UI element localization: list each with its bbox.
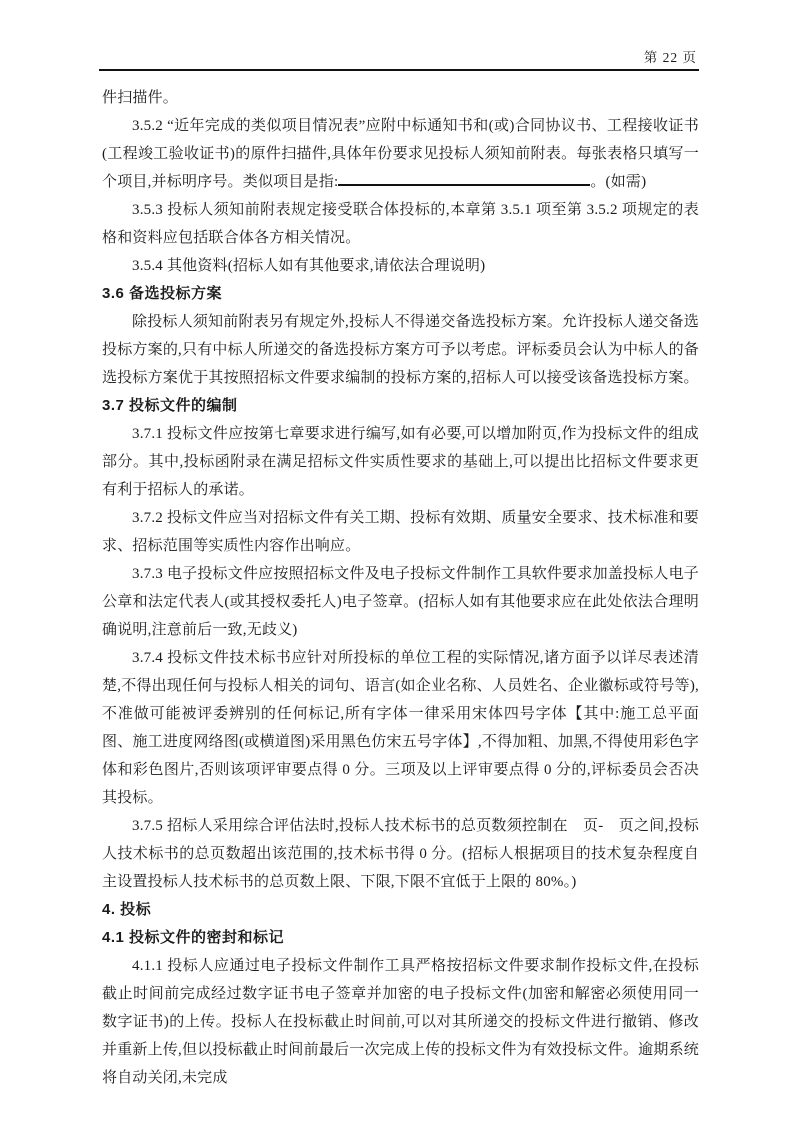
document-body: 件扫描件。 3.5.2 “近年完成的类似项目情况表”应附中标通知书和(或)合同协…: [102, 84, 699, 1092]
document-page: 第 22 页 件扫描件。 3.5.2 “近年完成的类似项目情况表”应附中标通知书…: [0, 0, 793, 1122]
paragraph-3-5-2-tail: 。(如需): [590, 174, 646, 190]
paragraph-3-7-5: 3.7.5 招标人采用综合评估法时,投标人技术标书的总页数须控制在 页- 页之间…: [102, 812, 699, 896]
paragraph-4-1-1: 4.1.1 投标人应通过电子投标文件制作工具严格按招标文件要求制作投标文件,在投…: [102, 952, 699, 1092]
paragraph-3-5-3: 3.5.3 投标人须知前附表规定接受联合体投标的,本章第 3.5.1 项至第 3…: [102, 196, 699, 252]
page-header: 第 22 页: [99, 46, 699, 71]
page-number: 第 22 页: [642, 46, 699, 66]
paragraph-continuation: 件扫描件。: [102, 84, 699, 112]
heading-4: 4. 投标: [102, 896, 699, 924]
fill-in-blank-line: [338, 171, 590, 186]
heading-4-1: 4.1 投标文件的密封和标记: [102, 924, 699, 952]
paragraph-3-7-1: 3.7.1 投标文件应按第七章要求进行编写,如有必要,可以增加附页,作为投标文件…: [102, 420, 699, 504]
paragraph-3-7-3: 3.7.3 电子投标文件应按照招标文件及电子投标文件制作工具软件要求加盖投标人电…: [102, 560, 699, 644]
paragraph-3-5-4: 3.5.4 其他资料(招标人如有其他要求,请依法合理说明): [102, 252, 699, 280]
heading-3-6: 3.6 备选投标方案: [102, 280, 699, 308]
paragraph-3-7-4: 3.7.4 投标文件技术标书应针对所投标的单位工程的实际情况,诸方面予以详尽表述…: [102, 644, 699, 812]
paragraph-3-7-2: 3.7.2 投标文件应当对招标文件有关工期、投标有效期、质量安全要求、技术标准和…: [102, 504, 699, 560]
paragraph-3-6-body: 除投标人须知前附表另有规定外,投标人不得递交备选投标方案。允许投标人递交备选投标…: [102, 308, 699, 392]
heading-3-7: 3.7 投标文件的编制: [102, 392, 699, 420]
paragraph-3-5-2: 3.5.2 “近年完成的类似项目情况表”应附中标通知书和(或)合同协议书、工程接…: [102, 112, 699, 196]
